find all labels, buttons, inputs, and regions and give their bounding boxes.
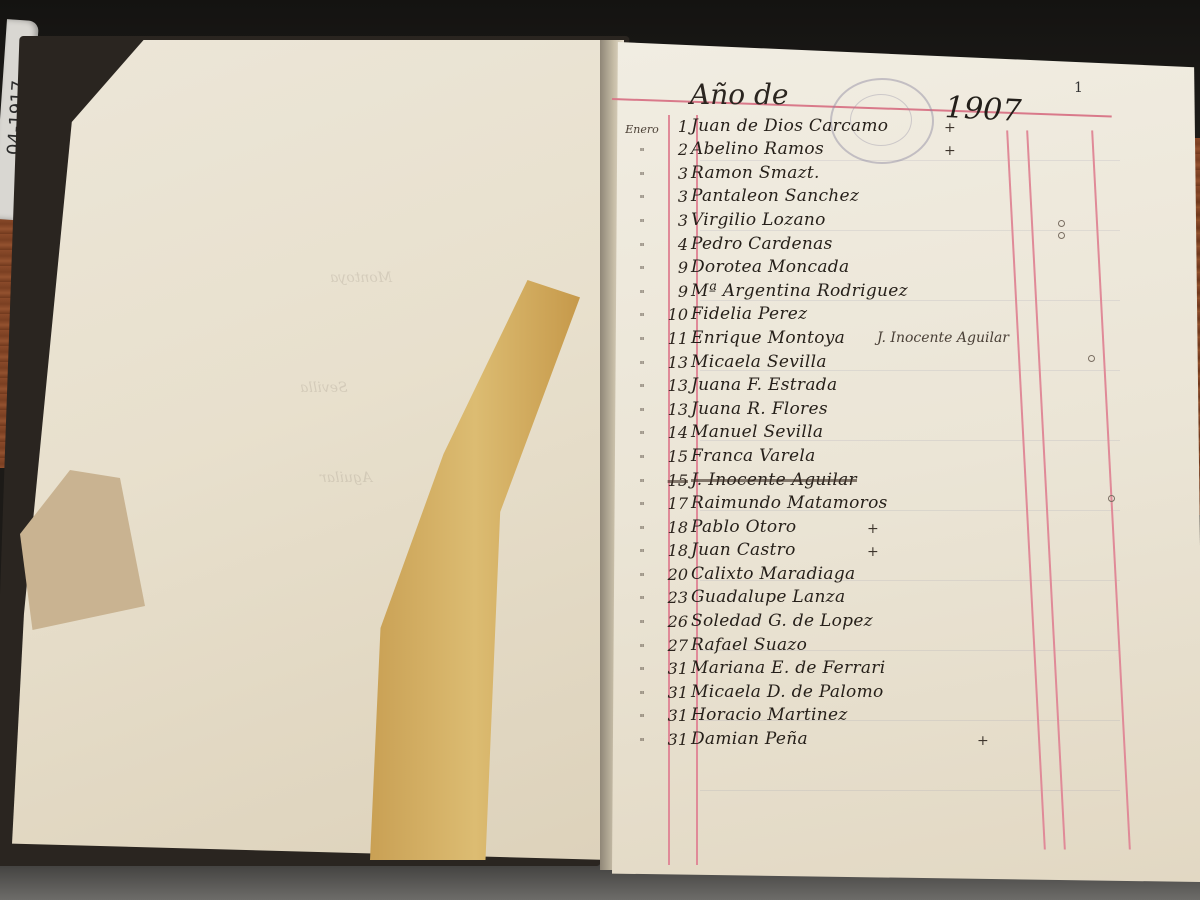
entry-day: 27 [662, 636, 691, 655]
entry-day: 23 [662, 588, 691, 607]
entry-day: 9 [662, 282, 691, 301]
cross-mark: + [977, 733, 989, 749]
entry-name: Guadalupe Lanza [691, 587, 845, 607]
page-number: 1 [1074, 80, 1083, 96]
ditto-mark: " [622, 359, 662, 372]
cross-mark: + [867, 544, 879, 560]
ditto-mark: " [622, 594, 662, 607]
showthrough-text: Aguilar [320, 470, 372, 486]
register-entry: "13Juana R. Flores [622, 395, 1092, 419]
entry-day: 2 [662, 140, 691, 159]
entry-name: Rafael Suazo [691, 635, 807, 655]
register-entry: "3Ramon Smazt. [622, 159, 1092, 183]
register-entry: "10Fidelia Perez [622, 301, 1092, 325]
register-entry: "31Damian Peña+ [622, 725, 1092, 749]
entry-name: Manuel Sevilla [691, 422, 823, 442]
ruled-line [700, 790, 1120, 791]
register-entry: "9Dorotea Moncada [622, 254, 1092, 278]
entry-day: 31 [662, 683, 691, 702]
ditto-mark: " [622, 477, 662, 490]
entry-day: 13 [662, 376, 691, 395]
register-entry: "15Franca Varela [622, 442, 1092, 466]
entry-day: 1 [662, 117, 691, 136]
ditto-mark: " [622, 217, 662, 230]
entry-name: Micaela D. de Palomo [691, 682, 884, 702]
entry-day: 13 [662, 400, 691, 419]
register-entries: Enero1Juan de Dios Carcamo+ "2Abelino Ra… [622, 112, 1092, 749]
entry-name: Damian Peña [691, 729, 808, 749]
entry-day: 4 [662, 235, 691, 254]
entry-day: 15 [662, 471, 691, 490]
register-entry: "31Horacio Martinez [622, 702, 1092, 726]
register-entry: "3Virgilio Lozano [622, 206, 1092, 230]
entry-name: Juana F. Estrada [691, 375, 837, 395]
entry-day: 31 [662, 730, 691, 749]
register-entry: "9Mª Argentina Rodriguez [622, 277, 1092, 301]
ditto-mark: " [622, 406, 662, 419]
register-entry: "31Micaela D. de Palomo [622, 678, 1092, 702]
ditto-mark: " [622, 170, 662, 183]
entry-day: 26 [662, 612, 691, 631]
entry-name-struck: J. Inocente Aguilar [691, 470, 857, 490]
cross-mark: + [944, 120, 956, 136]
entry-name: Mª Argentina Rodriguez [691, 281, 908, 301]
showthrough-text: Montoya [330, 270, 392, 286]
showthrough-text: Sevilla [300, 380, 348, 396]
ditto-mark: " [622, 500, 662, 513]
entry-name: Franca Varela [691, 446, 816, 466]
entry-day: 13 [662, 353, 691, 372]
ditto-mark: " [622, 547, 662, 560]
register-entry: "18Juan Castro+ [622, 537, 1092, 561]
entry-day: 31 [662, 706, 691, 725]
entry-day: 9 [662, 258, 691, 277]
register-entry: "3Pantaleon Sanchez [622, 183, 1092, 207]
ditto-mark: " [622, 382, 662, 395]
entry-day: 10 [662, 305, 691, 324]
register-entry: "31Mariana E. de Ferrari [622, 655, 1092, 679]
entry-name: Pantaleon Sanchez [691, 186, 859, 206]
register-entry: "17Raimundo Matamoros [622, 490, 1092, 514]
month-label: Enero [622, 123, 662, 136]
entry-name: Pedro Cardenas [691, 234, 833, 254]
ditto-mark: " [622, 335, 662, 348]
entry-name: Virgilio Lozano [691, 210, 826, 230]
register-entry: "18Pablo Otoro+ [622, 513, 1092, 537]
entry-name: Mariana E. de Ferrari [691, 658, 885, 678]
entry-name: Pablo Otoro [691, 517, 796, 537]
margin-note: J. Inocente Aguilar [877, 330, 1009, 346]
entry-name: Dorotea Moncada [691, 257, 849, 277]
entry-day: 17 [662, 494, 691, 513]
register-entry: "13Juana F. Estrada [622, 372, 1092, 396]
entry-name: Horacio Martinez [691, 705, 848, 725]
register-entry-struck: "15J. Inocente Aguilar [622, 466, 1092, 490]
ditto-mark: " [622, 264, 662, 277]
entry-name: Ramon Smazt. [691, 163, 820, 183]
register-entry: "20Calixto Maradiaga [622, 560, 1092, 584]
ditto-mark: " [622, 429, 662, 442]
ditto-mark: " [622, 642, 662, 655]
entry-name: Abelino Ramos [691, 139, 824, 159]
ink-mark [1108, 495, 1115, 502]
register-entry: "23Guadalupe Lanza [622, 584, 1092, 608]
ditto-mark: " [622, 618, 662, 631]
register-entry: "13Micaela Sevilla [622, 348, 1092, 372]
ditto-mark: " [622, 571, 662, 584]
ditto-mark: " [622, 712, 662, 725]
entry-name: Calixto Maradiaga [691, 564, 855, 584]
register-entry: "27Rafael Suazo [622, 631, 1092, 655]
entry-day: 18 [662, 518, 691, 537]
entry-day: 3 [662, 187, 691, 206]
register-entry: Enero1Juan de Dios Carcamo+ [622, 112, 1092, 136]
entry-day: 14 [662, 423, 691, 442]
entry-name: Raimundo Matamoros [691, 493, 888, 513]
entry-day: 11 [662, 329, 691, 348]
entry-day: 3 [662, 164, 691, 183]
ditto-mark: " [622, 193, 662, 206]
ditto-mark: " [622, 241, 662, 254]
entry-name: Juana R. Flores [691, 399, 828, 419]
ink-mark [1058, 232, 1065, 239]
cross-mark: + [867, 521, 879, 537]
register-entry: "11Enrique MontoyaJ. Inocente Aguilar [622, 324, 1092, 348]
cross-mark: + [944, 143, 956, 159]
entry-day: 15 [662, 447, 691, 466]
entry-name: Micaela Sevilla [691, 352, 827, 372]
ink-mark [1088, 355, 1095, 362]
entry-day: 31 [662, 659, 691, 678]
entry-name: Juan Castro [691, 540, 796, 560]
ditto-mark: " [622, 453, 662, 466]
entry-day: 20 [662, 565, 691, 584]
ditto-mark: " [622, 665, 662, 678]
ditto-mark: " [622, 146, 662, 159]
entry-name: Fidelia Perez [691, 304, 807, 324]
ditto-mark: " [622, 311, 662, 324]
ditto-mark: " [622, 288, 662, 301]
entry-day: 3 [662, 211, 691, 230]
entry-name: Juan de Dios Carcamo [691, 116, 888, 136]
register-entry: "14Manuel Sevilla [622, 419, 1092, 443]
register-entry: "26Soledad G. de Lopez [622, 607, 1092, 631]
ditto-mark: " [622, 524, 662, 537]
entry-day: 18 [662, 541, 691, 560]
register-entry: "4Pedro Cardenas [622, 230, 1092, 254]
entry-name: Enrique Montoya [691, 328, 845, 348]
ink-mark [1058, 220, 1065, 227]
ditto-mark: " [622, 736, 662, 749]
entry-name: Soledad G. de Lopez [691, 611, 873, 631]
year-label: Año de [690, 78, 789, 111]
ditto-mark: " [622, 689, 662, 702]
register-entry: "2Abelino Ramos+ [622, 136, 1092, 160]
